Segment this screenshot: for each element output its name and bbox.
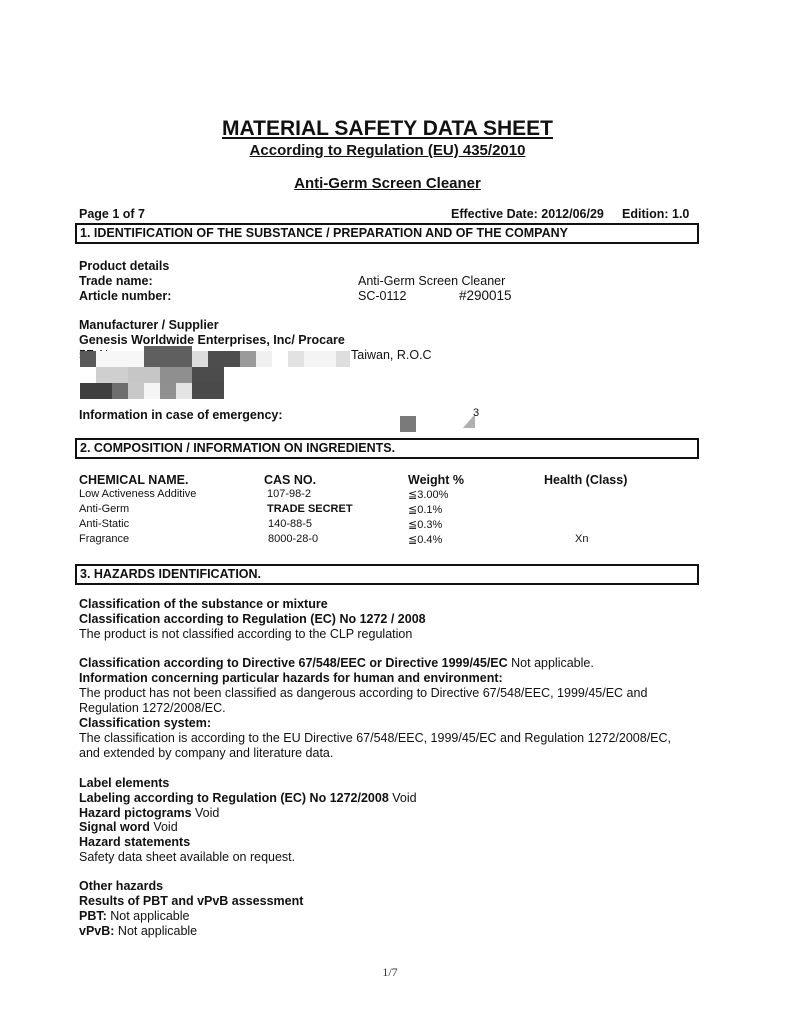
- pictograms-label: Hazard pictograms: [79, 806, 192, 820]
- trade-name-value: Anti-Germ Screen Cleaner: [358, 274, 505, 288]
- weight-percent: ≦0.1%: [408, 503, 442, 516]
- article-number-label: Article number:: [79, 289, 171, 303]
- weight-percent: ≦0.3%: [408, 518, 442, 531]
- directive-line: Classification according to Directive 67…: [79, 656, 594, 670]
- section-2-header: 2. COMPOSITION / INFORMATION ON INGREDIE…: [75, 438, 699, 459]
- hazards-info-text-1: The product has not been classified as d…: [79, 686, 647, 700]
- clp-text: The product is not classified according …: [79, 627, 412, 641]
- signal-word-line: Signal word Void: [79, 820, 178, 834]
- hazards-info-label: Information concerning particular hazard…: [79, 671, 503, 685]
- weight-percent: ≦0.4%: [408, 533, 442, 546]
- column-header-cas-no: CAS NO.: [264, 473, 316, 487]
- article-number-value: SC-0112: [358, 289, 406, 303]
- cas-number: 8000-28-0: [268, 533, 318, 545]
- manufacturer-name: Genesis Worldwide Enterprises, Inc/ Proc…: [79, 333, 345, 347]
- column-header-health-class: Health (Class): [544, 473, 627, 487]
- pictograms-value: Void: [192, 806, 220, 820]
- chemical-name: Anti-Static: [79, 518, 129, 530]
- pictograms-line: Hazard pictograms Void: [79, 806, 219, 820]
- label-elements-heading: Label elements: [79, 776, 169, 790]
- cas-number: 140-88-5: [268, 518, 312, 530]
- page-indicator: Page 1 of 7: [79, 207, 145, 221]
- signal-word-label: Signal word: [79, 820, 150, 834]
- section-2-title: 2. COMPOSITION / INFORMATION ON INGREDIE…: [80, 441, 395, 455]
- directive-label: Classification according to Directive 67…: [79, 656, 508, 670]
- document-title: MATERIAL SAFETY DATA SHEET: [0, 117, 775, 141]
- column-header-weight: Weight %: [408, 473, 464, 487]
- manufacturer-label: Manufacturer / Supplier: [79, 318, 219, 332]
- edition: Edition: 1.0: [622, 207, 689, 221]
- chemical-name: Low Activeness Additive: [79, 488, 196, 500]
- footer-page-number: 1/7: [0, 965, 780, 980]
- labeling-line: Labeling according to Regulation (EC) No…: [79, 791, 417, 805]
- vpvb-line: vPvB: Not applicable: [79, 924, 197, 938]
- emergency-label: Information in case of emergency:: [79, 408, 283, 422]
- hazards-info-text-2: Regulation 1272/2008/EC.: [79, 701, 226, 715]
- pbt-line: PBT: Not applicable: [79, 909, 189, 923]
- section-1-header: 1. IDENTIFICATION OF THE SUBSTANCE / PRE…: [75, 223, 699, 244]
- article-code: #290015: [459, 288, 512, 303]
- column-header-chemical-name: CHEMICAL NAME.: [79, 473, 189, 487]
- labeling-label: Labeling according to Regulation (EC) No…: [79, 791, 389, 805]
- chemical-name: Anti-Germ: [79, 503, 129, 515]
- chemical-name: Fragrance: [79, 533, 129, 545]
- section-3-header: 3. HAZARDS IDENTIFICATION.: [75, 564, 699, 585]
- classification-system-label: Classification system:: [79, 716, 211, 730]
- vpvb-label: vPvB:: [79, 924, 114, 938]
- cas-number: 107-98-2: [267, 488, 311, 500]
- pbt-results-heading: Results of PBT and vPvB assessment: [79, 894, 303, 908]
- classification-system-text-2: and extended by company and literature d…: [79, 746, 333, 760]
- other-hazards-heading: Other hazards: [79, 879, 163, 893]
- effective-date: Effective Date: 2012/06/29: [451, 207, 604, 221]
- section-1-title: 1. IDENTIFICATION OF THE SUBSTANCE / PRE…: [80, 226, 568, 240]
- cas-number: TRADE SECRET: [267, 503, 353, 515]
- trade-name-label: Trade name:: [79, 274, 153, 288]
- weight-percent: ≦3.00%: [408, 488, 448, 501]
- vpvb-value: Not applicable: [114, 924, 197, 938]
- pbt-label: PBT:: [79, 909, 107, 923]
- product-details-label: Product details: [79, 259, 169, 273]
- directive-value: Not applicable.: [508, 656, 594, 670]
- classification-system-text-1: The classification is according to the E…: [79, 731, 671, 745]
- classification-heading: Classification of the substance or mixtu…: [79, 597, 328, 611]
- section-3-title: 3. HAZARDS IDENTIFICATION.: [80, 567, 261, 581]
- hazard-statements-text: Safety data sheet available on request.: [79, 850, 295, 864]
- regulation-subtitle: According to Regulation (EU) 435/2010: [0, 142, 775, 159]
- hazard-statements-label: Hazard statements: [79, 835, 190, 849]
- labeling-value: Void: [389, 791, 417, 805]
- pbt-value: Not applicable: [107, 909, 190, 923]
- clp-heading: Classification according to Regulation (…: [79, 612, 426, 626]
- emergency-suffix: 3: [473, 407, 479, 419]
- health-class: Xn: [575, 533, 588, 545]
- product-name-heading: Anti-Germ Screen Cleaner: [0, 175, 775, 192]
- address-suffix: Taiwan, R.O.C: [351, 348, 432, 362]
- signal-word-value: Void: [150, 820, 178, 834]
